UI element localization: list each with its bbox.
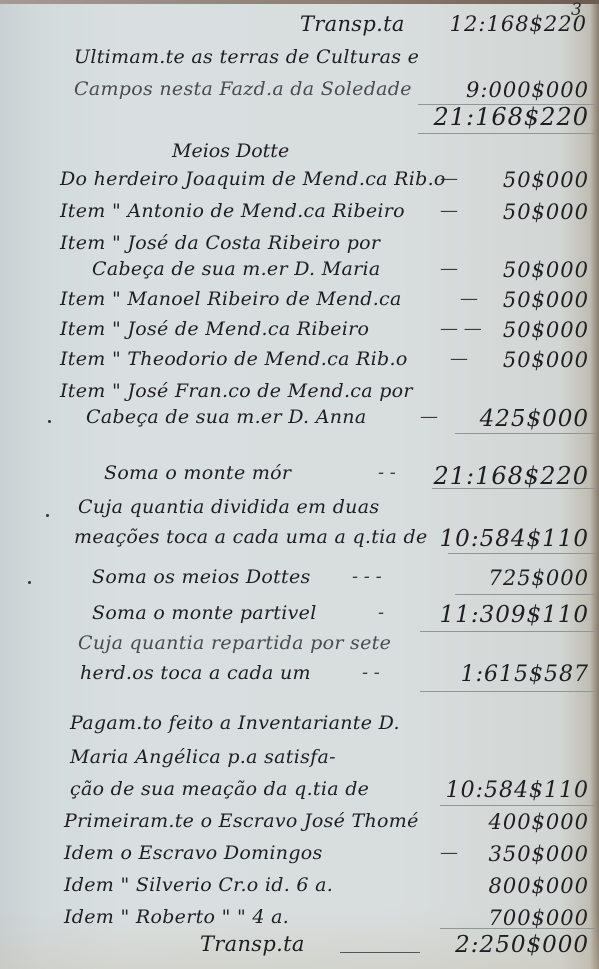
dash-leader: —	[440, 842, 458, 863]
dote-amount: 50$000	[503, 168, 589, 192]
entry-text: Ultimam.te as terras de Culturas e	[74, 46, 419, 68]
payment-row: Primeiram.te o Escravo José Thomé 400$00…	[0, 810, 599, 840]
payment-text: Primeiram.te o Escravo José Thomé	[64, 810, 419, 832]
carried-forward-bottom-row: Transp.ta 2:250$000	[0, 932, 599, 962]
entry-row: Ultimam.te as terras de Culturas e	[0, 46, 599, 76]
dote-amount: 50$000	[503, 348, 589, 372]
payment-amount: 700$000	[488, 906, 589, 930]
dote-text: Item " Theodorio de Mend.ca Rib.o	[60, 348, 408, 370]
payment-amount: 350$000	[488, 842, 589, 866]
dote-row: Item " Theodorio de Mend.ca Rib.o — 50$0…	[0, 348, 599, 378]
total-text: Soma o monte partivel	[92, 602, 317, 624]
divider	[455, 433, 595, 434]
payment-amount: 800$000	[488, 874, 589, 898]
dote-amount: 425$000	[480, 406, 589, 432]
dote-amount: 50$000	[503, 318, 589, 342]
divider	[418, 133, 596, 134]
total-row: herd.os toca a cada um - - 1:615$587	[0, 662, 599, 692]
payment-row: Maria Angélica p.a satisfa-	[0, 746, 599, 776]
page-edge	[0, 0, 599, 4]
dote-amount: 50$000	[503, 288, 589, 312]
total-amount: 10:584$110	[440, 526, 589, 552]
carried-forward-amount: 2:250$000	[455, 932, 589, 958]
total-amount: 11:309$110	[440, 602, 589, 628]
payment-amount: 10:584$110	[446, 778, 589, 803]
carried-forward-label: Transp.ta	[200, 932, 305, 956]
dote-text: Item " Manoel Ribeiro de Mend.ca	[60, 288, 402, 310]
divider	[440, 805, 596, 806]
payment-text: Idem o Escravo Domingos	[64, 842, 323, 864]
dash-leader: -	[378, 602, 384, 623]
divider	[420, 691, 596, 692]
dash-leader: - - -	[352, 566, 382, 587]
payment-text: Idem " Silverio Cr.o id. 6 a.	[64, 874, 333, 896]
divider	[432, 488, 596, 489]
dote-text: Item " Antonio de Mend.ca Ribeiro	[60, 200, 405, 222]
section-heading: Meios Dotte	[172, 140, 289, 162]
dash-leader: —	[440, 200, 458, 221]
dash-leader: - -	[378, 462, 396, 483]
leader-line	[340, 952, 420, 953]
total-amount: 725$000	[488, 566, 589, 590]
dote-row: Cabeça de sua m.er D. Anna — 425$000	[0, 406, 599, 436]
dash-leader: —	[440, 258, 458, 279]
payment-text: Maria Angélica p.a satisfa-	[70, 746, 336, 768]
entry-amount: 9:000$000	[466, 78, 589, 102]
total-row: meações toca a cada uma a q.tia de 10:58…	[0, 526, 599, 556]
dote-row: Item " José de Mend.ca Ribeiro — — 50$00…	[0, 318, 599, 348]
total-text: Soma os meios Dottes	[92, 566, 311, 588]
dote-row: Cabeça de sua m.er D. Maria — 50$000	[0, 258, 599, 288]
entry-text: Campos nesta Fazd.a da Soledade	[74, 78, 412, 100]
dote-text: Do herdeiro Joaquim de Mend.ca Rib.o	[60, 168, 446, 190]
dote-text: Item " José Fran.co de Mend.ca por	[60, 380, 413, 402]
dote-text: Cabeça de sua m.er D. Maria	[92, 258, 381, 280]
dash-leader: —	[440, 168, 458, 189]
payment-row: Pagam.to feito a Inventariante D.	[0, 712, 599, 742]
dote-row: Item " Antonio de Mend.ca Ribeiro — 50$0…	[0, 200, 599, 230]
total-text: meações toca a cada uma a q.tia de	[74, 526, 428, 548]
dash-leader: —	[450, 348, 468, 369]
divider	[455, 594, 596, 595]
total-text: Cuja quantia dividida em duas	[78, 496, 379, 518]
dote-text: Cabeça de sua m.er D. Anna	[86, 406, 366, 428]
payment-text: ção de sua meação da q.tia de	[70, 778, 369, 800]
total-row: Soma os meios Dottes - - - 725$000	[0, 566, 599, 596]
dash-leader: —	[460, 288, 478, 309]
payment-row: Idem o Escravo Domingos — 350$000	[0, 842, 599, 872]
dote-row: Do herdeiro Joaquim de Mend.ca Rib.o — 5…	[0, 168, 599, 198]
carried-forward-amount: 12:168$220	[450, 12, 587, 36]
subtotal-amount: 21:168$220	[433, 103, 589, 131]
dote-row: Item " Manoel Ribeiro de Mend.ca — 50$00…	[0, 288, 599, 318]
total-row: Cuja quantia repartida por sete	[0, 632, 599, 662]
dash-leader: —	[420, 406, 438, 427]
dote-amount: 50$000	[503, 258, 589, 282]
total-text: Soma o monte mór	[104, 462, 291, 484]
payment-row: ção de sua meação da q.tia de 10:584$110	[0, 778, 599, 808]
payment-text: Pagam.to feito a Inventariante D.	[70, 712, 400, 734]
total-amount: 21:168$220	[433, 462, 589, 490]
carried-forward-row: Transp.ta 12:168$220	[0, 12, 599, 42]
dash-leader: - -	[362, 662, 380, 683]
total-row: Soma o monte partivel - 11:309$110	[0, 602, 599, 632]
dote-text: Item " José de Mend.ca Ribeiro	[60, 318, 369, 340]
total-text: herd.os toca a cada um	[80, 662, 311, 684]
payment-amount: 400$000	[488, 810, 589, 834]
divider	[448, 553, 596, 554]
total-row: Cuja quantia dividida em duas	[0, 496, 599, 526]
subtotal-row: 21:168$220	[0, 103, 599, 133]
payment-text: Idem " Roberto " " 4 a.	[64, 906, 289, 928]
dash-leader: — —	[440, 318, 482, 339]
dote-amount: 50$000	[503, 200, 589, 224]
total-text: Cuja quantia repartida por sete	[78, 632, 391, 654]
carried-forward-label: Transp.ta	[300, 12, 405, 36]
payment-row: Idem " Silverio Cr.o id. 6 a. 800$000	[0, 874, 599, 904]
divider	[440, 928, 596, 929]
total-amount: 1:615$587	[461, 662, 589, 687]
dote-text: Item " José da Costa Ribeiro por	[60, 232, 380, 254]
